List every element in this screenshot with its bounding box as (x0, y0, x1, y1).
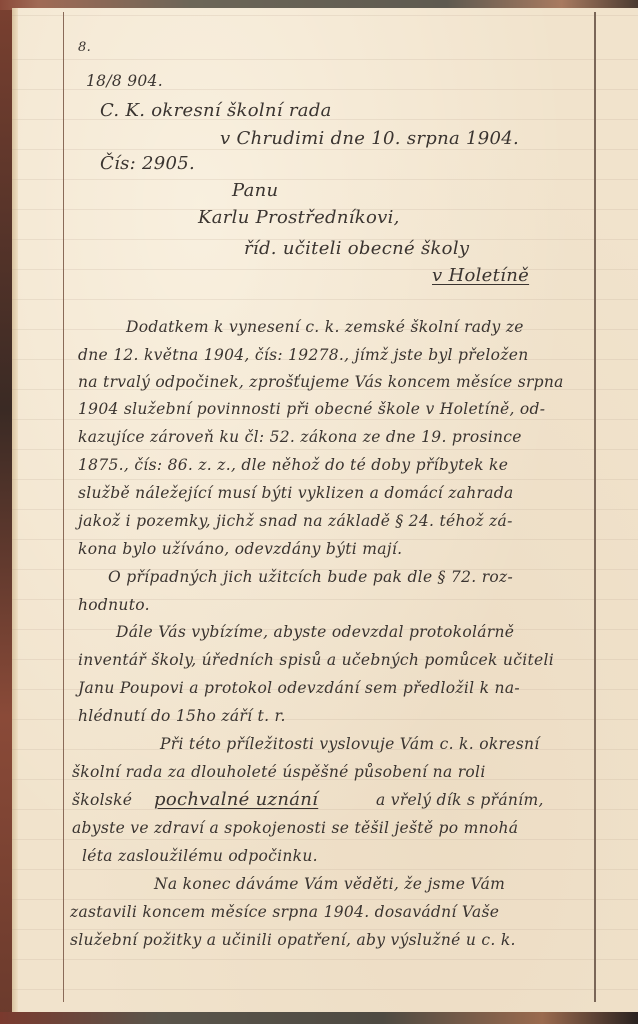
commendation-phrase: pochvalné uznání (154, 789, 318, 810)
book-binding-left (0, 0, 12, 1024)
reference-number: 18/8 904. (86, 72, 163, 90)
file-number: Čís: 2905. (100, 153, 195, 174)
body-line: Janu Poupovi a protokol odevzdání sem př… (78, 679, 520, 697)
body-line: Dále Vás vybízíme, abyste odevzdal proto… (116, 623, 514, 641)
body-line: školské (72, 791, 132, 809)
body-line: Na konec dáváme Vám věděti, že jsme Vám (154, 875, 505, 893)
body-line: jakož i pozemky, jichž snad na základě §… (78, 512, 513, 530)
right-margin-rule (594, 12, 596, 1002)
book-binding-bottom (0, 1012, 638, 1024)
addressee-name: Karlu Prostředníkovi, (198, 207, 400, 228)
body-line: 1904 služební povinnosti při obecné škol… (78, 400, 545, 418)
body-line: školní rada za dlouholeté úspěšné působe… (72, 763, 486, 781)
body-line: O případných jich užitcích bude pak dle … (108, 568, 513, 586)
body-line: léta zasloužilému odpočinku. (82, 847, 318, 865)
body-line: Při této příležitosti vyslovuje Vám c. k… (160, 735, 540, 753)
body-line: hodnuto. (78, 596, 150, 614)
body-line: hlédnutí do 15ho září t. r. (78, 707, 286, 725)
place-date: v Chrudimi dne 10. srpna 1904. (220, 128, 519, 149)
body-line: na trvalý odpočinek, zprošťujeme Vás kon… (78, 373, 564, 391)
body-line: abyste ve zdraví a spokojenosti se těšil… (72, 819, 518, 837)
body-line: služební požitky a učinili opatření, aby… (70, 931, 516, 949)
body-line: kona bylo užíváno, odevzdány býti mají. (78, 540, 402, 558)
body-line: kazujíce zároveň ku čl: 52. zákona ze dn… (78, 428, 522, 446)
body-line: službě náležející musí býti vyklizen a d… (78, 484, 514, 502)
body-line: inventář školy, úředních spisů a učebnýc… (78, 651, 554, 669)
body-line: a vřelý dík s přáním, (376, 791, 544, 809)
body-line: 1875., čís: 86. z. z., dle něhož do té d… (78, 456, 508, 474)
addressee-place: v Holetíně (432, 265, 529, 286)
body-line: Dodatkem k vynesení c. k. zemské školní … (126, 318, 524, 336)
body-line: zastavili koncem měsíce srpna 1904. dosa… (70, 903, 499, 921)
sender-line: C. K. okresní školní rada (100, 100, 332, 121)
addressee-title: říd. učiteli obecné školy (244, 238, 469, 259)
body-line: dne 12. května 1904, čís: 19278., jímž j… (78, 346, 529, 364)
page-number: 8. (78, 40, 91, 55)
left-margin-rule (63, 12, 64, 1002)
salutation: Panu (232, 180, 278, 201)
